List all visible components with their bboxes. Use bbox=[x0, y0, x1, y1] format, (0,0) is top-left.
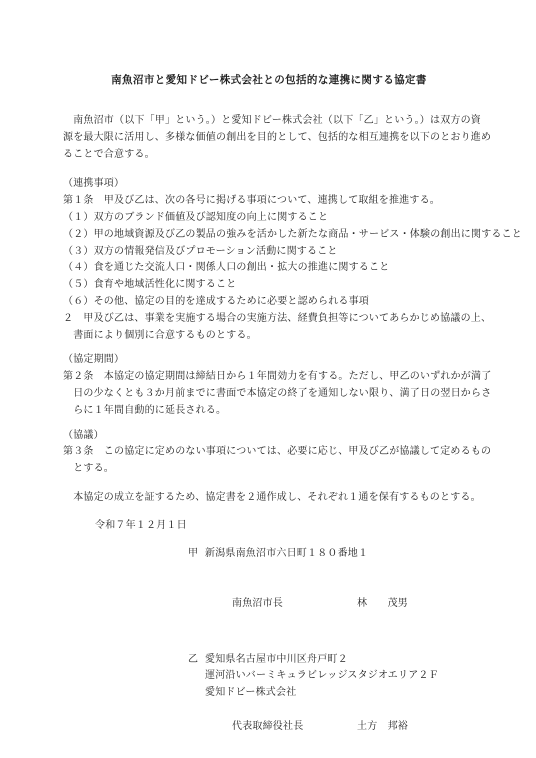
article-1-item: （５）食育や地域活性化に関すること bbox=[63, 277, 475, 294]
intro-paragraph: 南魚沼市（以下「甲」という。）と愛知ドビー株式会社（以下「乙」という。）は双方の… bbox=[63, 113, 475, 163]
article-1-clause-2-line: 書面により個別に合意するものとする。 bbox=[63, 328, 475, 345]
article-2-heading: （協定期間） bbox=[63, 352, 475, 369]
intro-line: 源を最大限に活用し、多様な価値の創出を目的として、包括的な相互連携を以下のとおり… bbox=[63, 130, 475, 147]
article-2-section: （協定期間） 第２条 本協定の協定期間は締結日から１年間効力を有する。ただし、甲… bbox=[63, 352, 475, 419]
party-b-block: 乙 愛知県名古屋市中川区舟戸町２ 運河沿いバーミキュラビレッジスタジオエリア２Ｆ… bbox=[63, 652, 475, 753]
intro-line: ることで合意する。 bbox=[63, 147, 475, 164]
party-b-address: 愛知県名古屋市中川区舟戸町２ bbox=[205, 652, 475, 669]
article-1-clause-2-line: ２ 甲及び乙は、事業を実施する場合の実施方法、経費負担等についてあらかじめ協議の… bbox=[63, 311, 475, 328]
article-1-line: 第１条 甲及び乙は、次の各号に掲げる事項について、連携して取組を推進する。 bbox=[63, 193, 475, 210]
party-a-role: 南魚沼市長 bbox=[232, 596, 357, 613]
party-b-address: 運河沿いバーミキュラビレッジスタジオエリア２Ｆ bbox=[205, 668, 475, 685]
agreement-document-page: 南魚沼市と愛知ドビー株式会社との包括的な連携に関する協定書 南魚沼市（以下「甲」… bbox=[0, 0, 536, 758]
article-3-section: （協議） 第３条 この協定に定めのない事項については、必要に応じ、甲及び乙が協議… bbox=[63, 428, 475, 478]
party-b-signature-line: 代表取締役社長土方 邦裕 bbox=[205, 702, 475, 752]
document-content: 南魚沼市と愛知ドビー株式会社との包括的な連携に関する協定書 南魚沼市（以下「甲」… bbox=[63, 72, 475, 752]
party-b-company: 愛知ドビー株式会社 bbox=[205, 685, 475, 702]
party-a-name: 林 茂男 bbox=[357, 598, 408, 609]
party-a-label: 甲 bbox=[188, 546, 205, 630]
article-3-line: 第３条 この協定に定めのない事項については、必要に応じ、甲及び乙が協議して定める… bbox=[63, 444, 475, 461]
article-2-line: 日の少なくとも３か月前までに書面で本協定の終了を通知しない限り、満了日の翌日から… bbox=[63, 386, 475, 403]
agreement-date: 令和７年１２月１日 bbox=[63, 518, 475, 535]
article-3-heading: （協議） bbox=[63, 428, 475, 445]
article-2-line: らに１年間自動的に延長される。 bbox=[63, 403, 475, 420]
party-b-name: 土方 邦裕 bbox=[357, 721, 408, 732]
intro-line: 南魚沼市（以下「甲」という。）と愛知ドビー株式会社（以下「乙」という。）は双方の… bbox=[63, 113, 475, 130]
article-1-item: （６）その他、協定の目的を達成するために必要と認められる事項 bbox=[63, 294, 475, 311]
document-title: 南魚沼市と愛知ドビー株式会社との包括的な連携に関する協定書 bbox=[63, 72, 475, 89]
article-2-line: 第２条 本協定の協定期間は締結日から１年間効力を有する。ただし、甲乙のいずれかが… bbox=[63, 369, 475, 386]
article-1-item: （４）食を通じた交流人口・関係人口の創出・拡大の推進に関すること bbox=[63, 260, 475, 277]
article-3-line: とする。 bbox=[63, 461, 475, 478]
party-b-label: 乙 bbox=[188, 652, 205, 753]
party-b-role: 代表取締役社長 bbox=[232, 719, 357, 736]
party-a-address: 新潟県南魚沼市六日町１８０番地１ bbox=[205, 546, 475, 563]
article-1-item: （３）双方の情報発信及びプロモーション活動に関すること bbox=[63, 244, 475, 261]
party-a-details: 新潟県南魚沼市六日町１８０番地１ 南魚沼市長林 茂男 bbox=[205, 546, 475, 630]
party-a-signature-line: 南魚沼市長林 茂男 bbox=[205, 579, 475, 629]
article-1-item: （２）甲の地域資源及び乙の製品の強みを活かした新たな商品・サービス・体験の創出に… bbox=[63, 227, 475, 244]
party-b-details: 愛知県名古屋市中川区舟戸町２ 運河沿いバーミキュラビレッジスタジオエリア２Ｆ 愛… bbox=[205, 652, 475, 753]
article-1-section: （連携事項） 第１条 甲及び乙は、次の各号に掲げる事項について、連携して取組を推… bbox=[63, 176, 475, 344]
closing-statement: 本協定の成立を証するため、協定書を２通作成し、それぞれ１通を保有するものとする。 bbox=[63, 490, 475, 507]
article-1-item: （１）双方のブランド価値及び認知度の向上に関すること bbox=[63, 210, 475, 227]
party-a-block: 甲 新潟県南魚沼市六日町１８０番地１ 南魚沼市長林 茂男 bbox=[63, 546, 475, 630]
article-1-heading: （連携事項） bbox=[63, 176, 475, 193]
